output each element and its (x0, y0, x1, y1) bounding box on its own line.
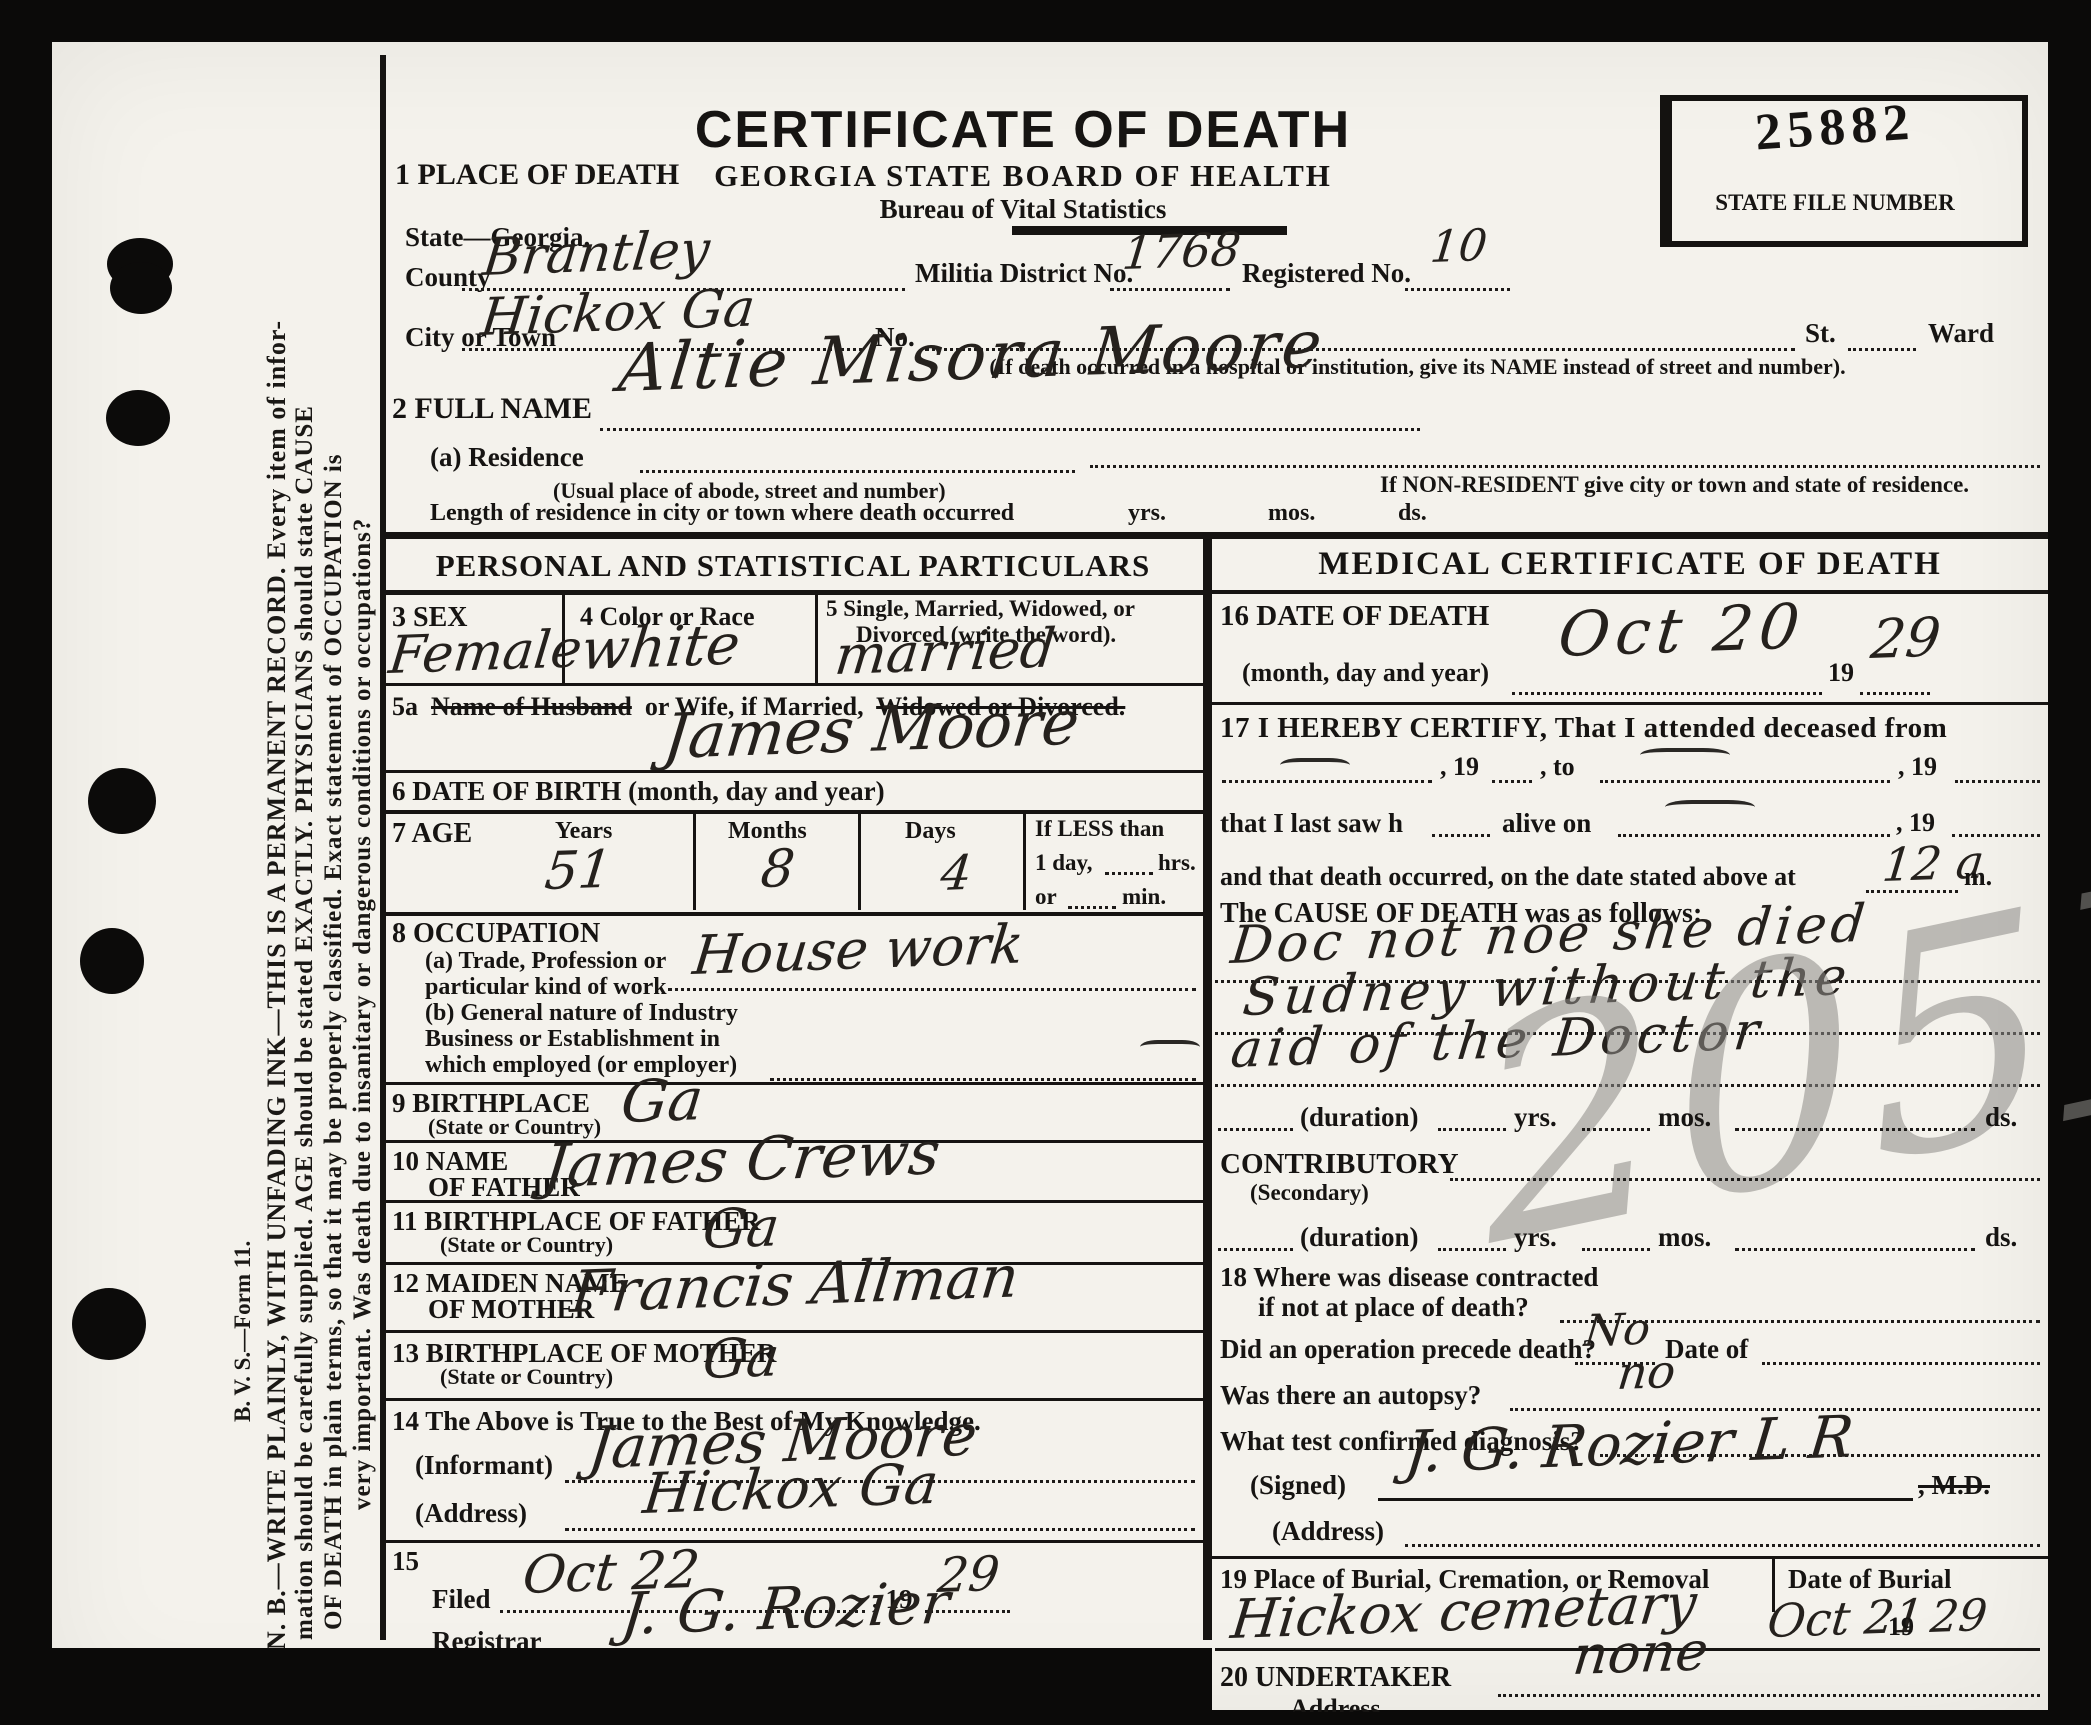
medical-section-header: MEDICAL CERTIFICATE OF DEATH (1212, 546, 2048, 583)
age-label: 7 AGE (392, 818, 472, 850)
spouse-struck-1: Name of Husband (431, 692, 632, 721)
father-birthplace-subnote: (State or Country) (440, 1232, 613, 1258)
ink-blob (80, 928, 144, 994)
occupation-b1: (b) General nature of Industry (425, 1000, 738, 1027)
q18-label-2: if not at place of death? (1258, 1292, 1529, 1323)
certify-to: , to (1540, 752, 1575, 782)
min-line (1068, 880, 1116, 909)
marital-value: married (832, 616, 1058, 687)
occupation-b2: Business or Establishment in (425, 1026, 720, 1053)
duration1-mos-line (1582, 1098, 1650, 1131)
duration1-ds: ds. (1985, 1102, 2017, 1133)
st-line (1848, 308, 1916, 351)
burial-year-value: 29 (1928, 1590, 1990, 1643)
informant-address-label: (Address) (415, 1498, 527, 1529)
ds-label: ds. (1398, 500, 1427, 527)
mother-birthplace-subnote: (State or Country) (440, 1364, 613, 1390)
md-label-struck: , M.D. (1918, 1470, 1990, 1501)
duration2-yrs-line (1438, 1218, 1506, 1251)
duration2-yrs: yrs. (1514, 1222, 1557, 1253)
age-days-value: 4 (938, 845, 975, 902)
scanned-death-certificate: N. B.—WRITE PLAINLY, WITH UNFADING INK—T… (0, 0, 2091, 1725)
residence-line2 (1090, 425, 2040, 468)
filed-label: Filed (432, 1584, 491, 1615)
contributory-line (1450, 1148, 2040, 1181)
date-of-death-label: 16 DATE OF DEATH (1220, 600, 1489, 633)
contributory-label: CONTRIBUTORY (1220, 1148, 1459, 1181)
medical-header-rule (1212, 590, 2048, 594)
margin-note-line2: mation should be carefully supplied. AGE… (291, 405, 319, 1640)
lastsaw-h-line (1432, 802, 1490, 837)
certify-line2 (1600, 748, 1890, 783)
mos-label: mos. (1268, 500, 1315, 527)
scan-black-bottom (0, 1712, 2091, 1725)
personal-section-header: PERSONAL AND STATISTICAL PARTICULARS (383, 548, 1203, 584)
occupation-a2: particular kind of work (425, 974, 667, 1001)
item-15-label: 15 (392, 1546, 419, 1577)
row-rule (1212, 702, 2048, 705)
duration1-pre-line (1218, 1098, 1293, 1131)
cell-divider (1023, 814, 1026, 910)
age-years-value: 51 (542, 840, 615, 902)
registered-line (1405, 248, 1510, 291)
row-rule (383, 770, 1203, 773)
handwritten-squiggle (1140, 1040, 1200, 1054)
signed-line (1378, 1498, 1913, 1501)
burial-year-printed: 19 (1888, 1612, 1914, 1642)
certify-statement: 17 I HEREBY CERTIFY, That I attended dec… (1220, 712, 1947, 745)
days-label: Days (905, 818, 956, 845)
lastsaw-19: , 19 (1896, 808, 1935, 838)
registrar-value: J. G. Rozier (618, 1569, 953, 1648)
duration1-yrs-line (1438, 1098, 1506, 1131)
signed-label: (Signed) (1250, 1470, 1346, 1501)
margin-form-number: B. V. S.—Form 11. (230, 1241, 256, 1422)
militia-line (1110, 248, 1230, 291)
residence-label: (a) Residence (430, 442, 584, 473)
yrs-label: yrs. (1128, 500, 1166, 527)
signed-address-line (1405, 1512, 2040, 1547)
row-rule (383, 810, 1203, 814)
ward-label: Ward (1928, 318, 1994, 349)
form-left-border (380, 55, 386, 1640)
signed-address-label: (Address) (1272, 1516, 1384, 1547)
father-name-value: James Crews (540, 1118, 943, 1202)
autopsy-label: Was there an autopsy? (1220, 1380, 1481, 1411)
or-label: or (1035, 884, 1057, 910)
sex-value: Female (386, 619, 585, 686)
scan-black-edge (52, 1648, 1212, 1710)
dob-label: 6 DATE OF BIRTH (month, day and year) (392, 776, 885, 807)
row-rule (383, 1398, 1203, 1401)
occupation-line (668, 958, 1196, 991)
date-of-death-line (1512, 660, 1822, 695)
row-rule (383, 1200, 1203, 1203)
certify-line1 (1222, 748, 1432, 783)
dod-year-printed: 19 (1828, 658, 1854, 688)
duration1-label: (duration) (1300, 1102, 1419, 1133)
registered-no-label: Registered No. (1242, 258, 1411, 289)
duration2-label: (duration) (1300, 1222, 1419, 1253)
duration1-mos: mos. (1658, 1102, 1711, 1133)
date-of-death-value: Oct 20 (1555, 589, 1809, 671)
duration2-ds: ds. (1985, 1222, 2017, 1253)
full-name-label: 2 FULL NAME (392, 392, 592, 426)
duration2-mos-line (1582, 1218, 1650, 1251)
militia-district-label: Militia District No. (915, 258, 1133, 289)
row-rule (383, 1082, 1203, 1085)
duration2-mos: mos. (1658, 1222, 1711, 1253)
occurred-statement: and that death occurred, on the date sta… (1220, 862, 1796, 892)
duration1-ds-line (1735, 1098, 1975, 1131)
birthplace-value: Ga (618, 1065, 706, 1136)
row-rule (1212, 1556, 2048, 1559)
cell-divider (858, 814, 861, 910)
margin-note-line1: N. B.—WRITE PLAINLY, WITH UNFADING INK—T… (262, 320, 292, 1650)
residence-length-label: Length of residence in city or town wher… (430, 500, 1014, 527)
st-label: St. (1805, 318, 1836, 349)
column-divider (1203, 532, 1212, 1640)
section-top-rule (383, 532, 2048, 539)
ink-blob (72, 1288, 146, 1360)
min-label: min. (1122, 884, 1166, 910)
operation-label: Did an operation precede death? (1220, 1334, 1596, 1365)
date-of-line (1762, 1330, 2040, 1365)
duration2-ds-line (1735, 1218, 1975, 1251)
certify-19a-line (1492, 748, 1532, 783)
date-of-death-subnote: (month, day and year) (1242, 658, 1489, 688)
spouse-num: 5a (392, 692, 418, 721)
certify-19b: , 19 (1898, 752, 1937, 782)
row-rule (383, 1540, 1203, 1543)
cell-divider (815, 595, 818, 683)
occupation-a1: (a) Trade, Profession or (425, 948, 666, 975)
place-of-death-section-label: 1 PLACE OF DEATH (395, 158, 679, 192)
lastsaw-19-line (1952, 802, 2040, 837)
occupation-label: 8 OCCUPATION (392, 918, 600, 950)
certify-19a: , 19 (1440, 752, 1479, 782)
dod-year-line (1860, 660, 1930, 695)
certify-19b-line (1955, 748, 2040, 783)
age-months-value: 8 (758, 839, 798, 900)
ink-blob (88, 768, 156, 834)
q18-label-1: 18 Where was disease contracted (1220, 1262, 1598, 1293)
less-than-label-1: If LESS than (1035, 816, 1164, 842)
state-file-number-label: STATE FILE NUMBER (1680, 190, 1990, 216)
row-rule (383, 1330, 1203, 1333)
lastsaw-label-2: alive on (1502, 808, 1591, 839)
ink-blob (110, 262, 172, 314)
less-than-label-2: 1 day, (1035, 850, 1093, 876)
spouse-value: James Moore (660, 686, 1083, 773)
residence-line1 (640, 430, 1075, 473)
duration1-yrs: yrs. (1514, 1102, 1557, 1133)
lastsaw-label-1: that I last saw h (1220, 808, 1403, 839)
margin-note-line4: very important. Was death due to insanit… (349, 518, 377, 1510)
hrs-line (1105, 846, 1153, 875)
race-value: white (578, 613, 743, 683)
cell-divider (693, 814, 696, 910)
personal-header-rule (383, 590, 1203, 595)
page-title: CERTIFICATE OF DEATH (383, 100, 1663, 160)
employer-line (770, 1048, 1196, 1081)
duration2-pre-line (1218, 1218, 1293, 1251)
secondary-label: (Secondary) (1250, 1180, 1369, 1206)
hrs-label: hrs. (1158, 850, 1196, 876)
lastsaw-line (1618, 802, 1890, 837)
nonresident-note: If NON-RESIDENT give city or town and st… (1380, 472, 1969, 498)
informant-address-line (565, 1496, 1195, 1531)
margin-note-line3: OF DEATH in plain terms, so that it may … (320, 454, 348, 1631)
row-rule (383, 912, 1203, 916)
informant-label: (Informant) (415, 1450, 553, 1481)
ink-blob (106, 390, 170, 446)
mother-birthplace-value: Ga (700, 1325, 782, 1391)
